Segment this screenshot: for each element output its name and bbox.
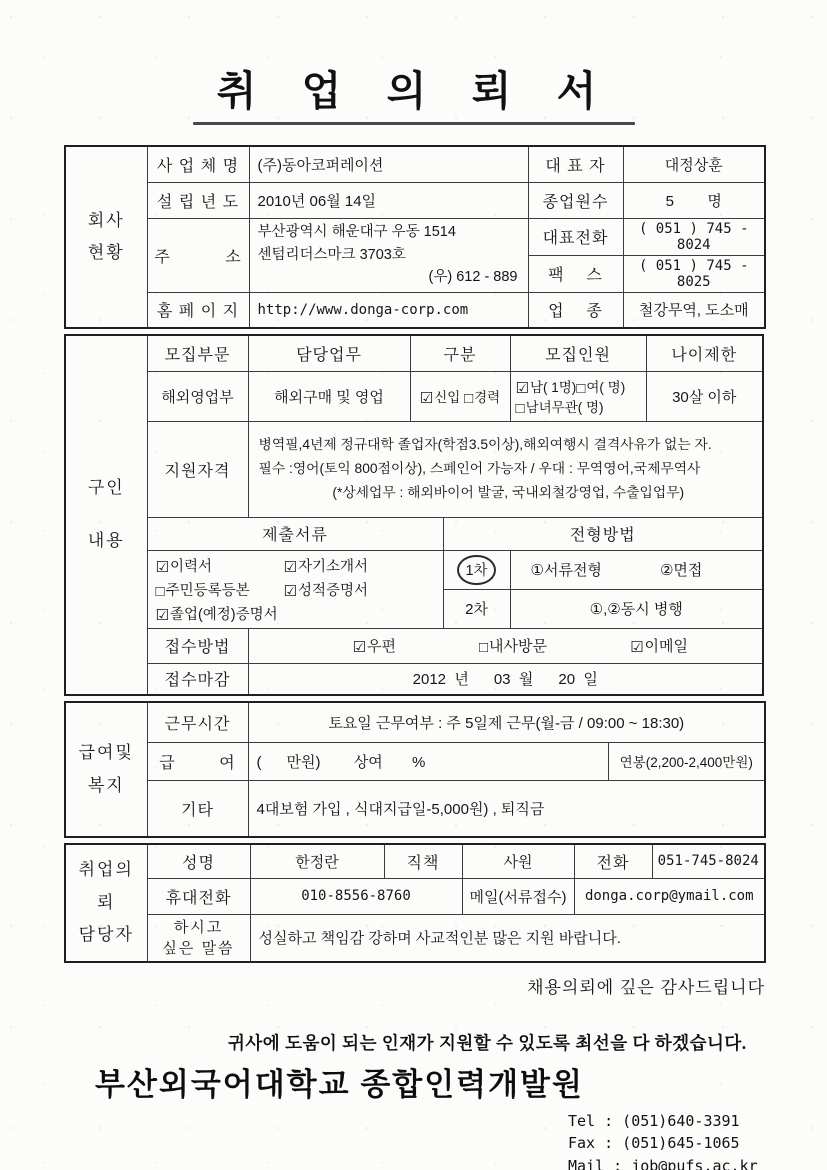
round1-label-cell: 1차 <box>443 550 510 590</box>
pay-label: 급 여 <box>147 742 248 780</box>
annual-salary-value: 연봉(2,200-2,400만원) <box>608 742 765 780</box>
recruit-duty-value: 해외구매 및 영업 <box>248 371 410 421</box>
pay-value: ( 만원) 상여 % <box>248 742 608 780</box>
count-male-label: 남( 1명) <box>530 380 576 395</box>
fax-label: 팩 스 <box>528 255 623 292</box>
address-value: 부산광역시 해운대구 우동 1514 센텀리더스마크 3703호 (우) 612… <box>249 218 528 292</box>
address-zip: (우) 612 - 889 <box>258 266 524 288</box>
work-hours-value: 토요일 근무여부 : 주 5일제 근무(월-금 / 09:00 ~ 18:30) <box>248 702 765 742</box>
work-hours-label: 근무시간 <box>147 702 248 742</box>
organization-mail: Mail : job@pufs.ac.kr <box>568 1155 827 1170</box>
apply-method-label: 접수방법 <box>147 628 248 663</box>
checkbox-checked-icon: ☑ <box>420 391 433 406</box>
count-female-label: 여( 명) <box>586 380 625 395</box>
apply-method-value: ☑우편 □내사방문 ☑이메일 <box>248 628 763 663</box>
company-info-table: 회사 현황 사 업 체 명 (주)동아코퍼레이션 대 표 자 대정상훈 설 립 … <box>64 145 766 329</box>
contact-position-label: 직책 <box>384 844 462 878</box>
contact-name-value: 한정란 <box>250 844 384 878</box>
page-title: 취 업 의 뢰 서 <box>0 58 827 117</box>
homepage-value: http://www.donga-corp.com <box>249 292 528 328</box>
documents-cell: ☑이력서 ☑자기소개서 □주민등록등본 ☑성적증명서 ☑졸업(예정)증명서 <box>147 550 443 628</box>
qualification-line3: (*상세업무 : 해외바이어 발굴, 국내외철강영업, 수출입업무) <box>259 481 759 505</box>
contact-table: 취업의뢰 담당자 성명 한정란 직책 사원 전화 051-745-8024 휴대… <box>64 843 766 963</box>
section-label-salary: 급여및 복지 <box>65 702 147 837</box>
round1-circled-label: 1차 <box>457 555 495 585</box>
founded-label: 설 립 년 도 <box>147 182 249 218</box>
doc-item: □주민등록등본 <box>156 579 284 600</box>
apply-option-mail: ☑우편 <box>353 635 396 656</box>
checkbox-checked-icon: ☑ <box>630 640 643 655</box>
title-underline <box>193 122 635 125</box>
contact-position-value: 사원 <box>462 844 574 878</box>
recruit-type-value: ☑신입 □경력 <box>410 371 510 421</box>
biz-name-label: 사 업 체 명 <box>147 146 249 182</box>
apply-option-visit: □내사방문 <box>479 635 547 656</box>
ceo-label: 대 표 자 <box>528 146 623 182</box>
recruit-header-count: 모집인원 <box>510 335 646 371</box>
round2-method-cell: ①,②동시 병행 <box>510 590 763 628</box>
contact-name-label: 성명 <box>147 844 250 878</box>
recruit-header-age: 나이제한 <box>646 335 763 371</box>
job-request-form-page: 취 업 의 뢰 서 회사 현황 사 업 체 명 (주)동아코퍼레이션 대 표 자… <box>0 0 827 1170</box>
recruit-header-duty: 담당업무 <box>248 335 410 371</box>
round1-step2: ②면접 <box>660 559 702 580</box>
contact-message-label: 하시고 싶은 말씀 <box>147 914 250 962</box>
salary-table: 급여및 복지 근무시간 토요일 근무여부 : 주 5일제 근무(월-금 / 09… <box>64 701 766 838</box>
count-any-label: 남녀무관( 명) <box>526 400 604 415</box>
etc-label: 기타 <box>147 780 248 837</box>
qualification-line1: 병역필,4년제 정규대학 졸업자(학점3.5이상),해외여행시 결격사유가 없는… <box>259 437 712 452</box>
contact-mobile-value: 010-8556-8760 <box>250 878 462 914</box>
qualification-line2: 필수 :영어(토익 800점이상), 스페인어 가능자 / 우대 : 무역영어,… <box>259 461 701 476</box>
checkbox-checked-icon: ☑ <box>156 608 169 623</box>
contact-message-value: 성실하고 책임감 강하며 사교적인분 많은 지원 바랍니다. <box>250 914 765 962</box>
contact-mail-label: 메일(서류접수) <box>462 878 574 914</box>
recruit-header-type: 구분 <box>410 335 510 371</box>
thanks-note: 채용의뢰에 깊은 감사드립니다 <box>0 973 827 998</box>
ceo-value: 대정상훈 <box>623 146 765 182</box>
industry-label: 업 종 <box>528 292 623 328</box>
organization-tel: Tel : (051)640-3391 <box>568 1110 827 1133</box>
address-label: 주 소 <box>147 218 249 292</box>
fax-value: ( 051 ) 745 - 8025 <box>623 255 765 292</box>
checkbox-checked-icon: ☑ <box>156 560 169 575</box>
industry-value: 철강무역, 도소매 <box>623 292 765 328</box>
deadline-value: 2012 년 03 월 20 일 <box>248 663 763 695</box>
round1-step1: ①서류전형 <box>531 559 602 580</box>
section-label-company: 회사 현황 <box>65 146 147 328</box>
homepage-label: 홈 페 이 지 <box>147 292 249 328</box>
checkbox-unchecked-icon: □ <box>464 391 473 406</box>
biz-name-value: (주)동아코퍼레이션 <box>249 146 528 182</box>
organization-name: 부산외국어대학교 종합인력개발원 <box>95 1059 827 1104</box>
doc-label-transcript: 성적증명서 <box>298 583 368 599</box>
round2-label-cell: 2차 <box>443 590 510 628</box>
doc-item: ☑성적증명서 <box>284 579 441 600</box>
doc-item: ☑자기소개서 <box>284 555 441 576</box>
organization-fax: Fax : (051)645-1065 <box>568 1132 827 1155</box>
doc-item: ☑이력서 <box>156 555 284 576</box>
recruit-header-dept: 모집부문 <box>147 335 248 371</box>
doc-label-resume: 이력서 <box>170 559 212 575</box>
checkbox-unchecked-icon: □ <box>156 584 165 599</box>
checkbox-unchecked-icon: □ <box>576 381 585 396</box>
recruit-count-value: ☑남( 1명)□여( 명) □남녀무관( 명) <box>510 371 646 421</box>
checkbox-checked-icon: ☑ <box>516 381 529 396</box>
contact-mobile-label: 휴대전화 <box>147 878 250 914</box>
contact-mail-value: donga.corp@ymail.com <box>574 878 765 914</box>
doc-label-graduation-cert: 졸업(예정)증명서 <box>170 607 278 623</box>
address-line1: 부산광역시 해운대구 우동 1514 <box>258 221 524 243</box>
address-line2: 센텀리더스마크 3703호 <box>258 244 524 266</box>
apply-option-visit-label: 내사방문 <box>489 638 547 655</box>
doc-item: ☑졸업(예정)증명서 <box>156 603 441 624</box>
qualification-value: 병역필,4년제 정규대학 졸업자(학점3.5이상),해외여행시 결격사유가 없는… <box>248 421 763 517</box>
employees-value: 5 명 <box>623 182 765 218</box>
checkbox-unchecked-icon: □ <box>516 401 525 416</box>
type-exp-label: 경력 <box>474 390 500 405</box>
doc-label-resident-register: 주민등록등본 <box>166 583 250 599</box>
method-header: 전형방법 <box>443 517 763 550</box>
checkbox-checked-icon: ☑ <box>284 584 297 599</box>
organization-contact-block: Tel : (051)640-3391 Fax : (051)645-1065 … <box>568 1110 827 1170</box>
apply-option-email: ☑이메일 <box>630 635 688 656</box>
qualification-label: 지원자격 <box>147 421 248 517</box>
doc-label-cover-letter: 자기소개서 <box>298 559 368 575</box>
recruit-table: 구인 내용 모집부문 담당업무 구분 모집인원 나이제한 해외영업부 해외구매 … <box>64 334 764 696</box>
founded-value: 2010년 06월 14일 <box>249 182 528 218</box>
apply-option-mail-label: 우편 <box>367 638 396 655</box>
type-new-label: 신입 <box>434 390 460 405</box>
contact-tel-label: 전화 <box>574 844 652 878</box>
recruit-dept-value: 해외영업부 <box>147 371 248 421</box>
documents-header: 제출서류 <box>147 517 443 550</box>
recruit-age-value: 30살 이하 <box>646 371 763 421</box>
deadline-label: 접수마감 <box>147 663 248 695</box>
section-label-recruit: 구인 내용 <box>65 335 147 695</box>
employees-label: 종업원수 <box>528 182 623 218</box>
phone-value: ( 051 ) 745 - 8024 <box>623 218 765 255</box>
section-label-contact: 취업의뢰 담당자 <box>65 844 147 962</box>
checkbox-checked-icon: ☑ <box>284 560 297 575</box>
checkbox-unchecked-icon: □ <box>479 640 488 655</box>
phone-label: 대표전화 <box>528 218 623 255</box>
checkbox-checked-icon: ☑ <box>353 640 366 655</box>
apply-option-email-label: 이메일 <box>645 638 688 655</box>
etc-value: 4대보험 가입 , 식대지급일-5,000원) , 퇴직금 <box>248 780 765 837</box>
round1-method-cell: ①서류전형 ②면접 <box>510 550 763 590</box>
footer-slogan: 귀사에 도움이 되는 인재가 지원할 수 있도록 최선을 다 하겠습니다. <box>228 1030 827 1055</box>
contact-tel-value: 051-745-8024 <box>652 844 765 878</box>
